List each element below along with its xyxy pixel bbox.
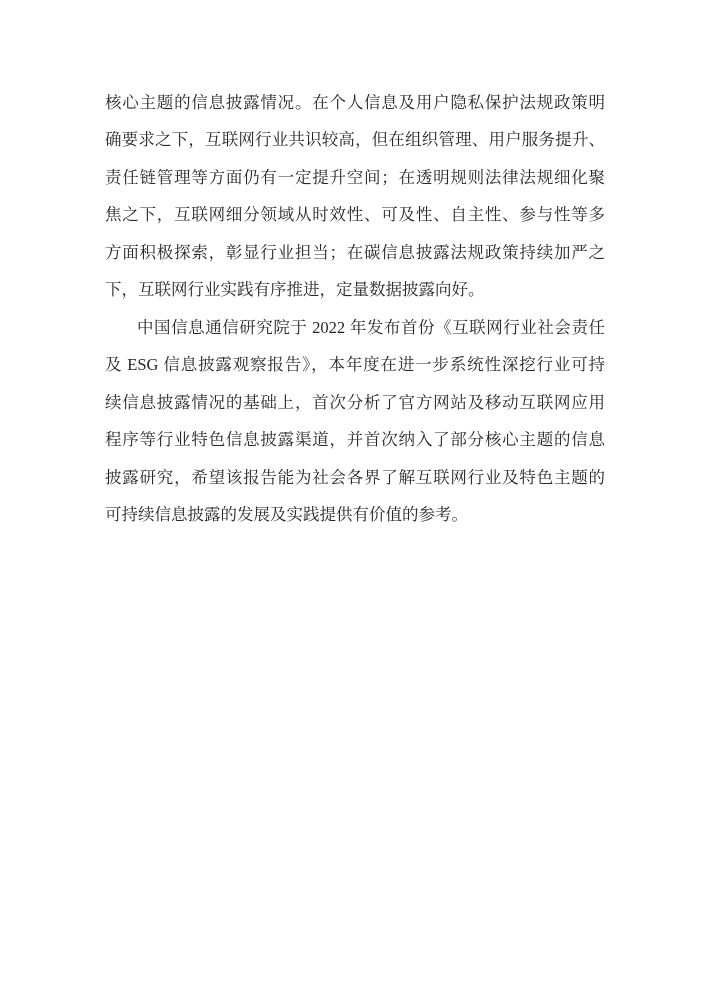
- body-text-block: 核心主题的信息披露情况。在个人信息及用户隐私保护法规政策明 确要求之下，互联网行…: [105, 84, 605, 533]
- text-line: 及 ESG 信息披露观察报告》，本年度在进一步系统性深挖行业可持: [105, 346, 605, 383]
- paragraph-1: 核心主题的信息披露情况。在个人信息及用户隐私保护法规政策明 确要求之下，互联网行…: [105, 84, 605, 309]
- text-line: 方面积极探索，彰显行业担当；在碳信息披露法规政策持续加严之: [105, 234, 605, 271]
- text-line: 核心主题的信息披露情况。在个人信息及用户隐私保护法规政策明: [105, 84, 605, 121]
- text-line: 程序等行业特色信息披露渠道，并首次纳入了部分核心主题的信息: [105, 421, 605, 458]
- text-line: 焦之下，互联网细分领域从时效性、可及性、自主性、参与性等多: [105, 196, 605, 233]
- text-line: 续信息披露情况的基础上，首次分析了官方网站及移动互联网应用: [105, 384, 605, 421]
- text-line: 中国信息通信研究院于 2022 年发布首份《互联网行业社会责任: [105, 309, 605, 346]
- paragraph-2: 中国信息通信研究院于 2022 年发布首份《互联网行业社会责任 及 ESG 信息…: [105, 309, 605, 534]
- text-line: 确要求之下，互联网行业共识较高，但在组织管理、用户服务提升、: [105, 121, 605, 158]
- text-line: 披露研究，希望该报告能为社会各界了解互联网行业及特色主题的: [105, 459, 605, 496]
- text-line: 可持续信息披露的发展及实践提供有价值的参考。: [105, 496, 605, 533]
- text-line: 下，互联网行业实践有序推进，定量数据披露向好。: [105, 271, 605, 308]
- text-line: 责任链管理等方面仍有一定提升空间；在透明规则法律法规细化聚: [105, 159, 605, 196]
- document-page: 核心主题的信息披露情况。在个人信息及用户隐私保护法规政策明 确要求之下，互联网行…: [0, 0, 710, 1003]
